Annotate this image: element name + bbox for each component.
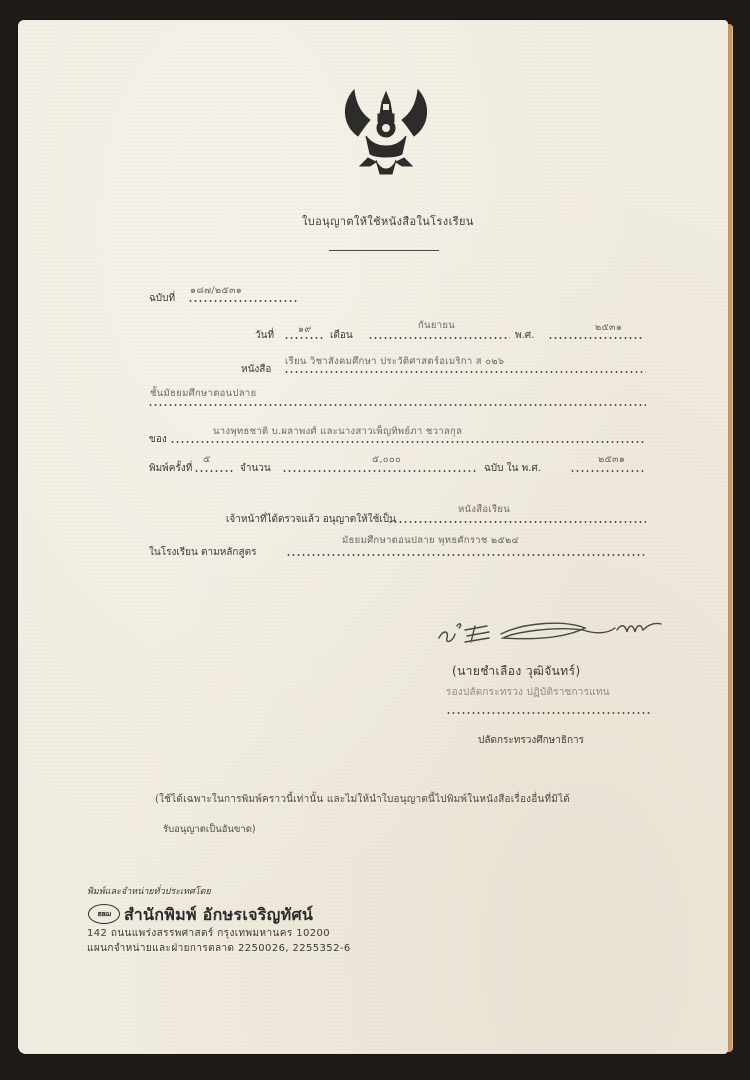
quantity-label: จำนวน <box>240 461 271 476</box>
publisher-logo-icon: ฮฮฌ <box>88 904 120 924</box>
signature-icon <box>435 612 685 652</box>
edition-label: พิมพ์ครั้งที่ <box>149 461 192 476</box>
signer-acting-title: รองปลัดกระทรวง ปฏิบัติราชการแทน <box>446 685 610 700</box>
date-day-label: วันที่ <box>255 328 274 343</box>
book-value-line2: ชั้นมัธยมศึกษาตอนปลาย <box>150 386 256 401</box>
publisher-logo-text: ฮฮฌ <box>97 909 110 920</box>
curriculum-dotted-line <box>286 554 646 556</box>
quantity-value: ๕,๐๐๐ <box>372 452 401 467</box>
approval-dotted-line <box>388 521 646 523</box>
book-dotted-line-1 <box>284 371 646 373</box>
approval-label: เจ้าหน้าที่ได้ตรวจแล้ว อนุญาตให้ใช้เป็น <box>226 512 396 527</box>
owner-label: ของ <box>149 432 167 447</box>
number-label: ฉบับที่ <box>149 291 175 306</box>
date-year-value: ๒๕๓๑ <box>595 320 622 335</box>
printing-year-dotted-line <box>570 470 646 472</box>
signer-name: (นายชำเลือง วุฒิจันทร์) <box>452 662 581 681</box>
official-title: ปลัดกระทรวงศึกษาธิการ <box>478 733 584 748</box>
date-day-dotted-line <box>284 337 324 339</box>
garuda-emblem-icon <box>336 84 436 184</box>
number-dotted-line <box>188 300 298 302</box>
usage-note-line2: รับอนุญาตเป็นอันขาด) <box>163 822 256 837</box>
curriculum-label: ในโรงเรียน ตามหลักสูตร <box>149 545 256 560</box>
book-value-line1: เรียน วิชาสังคมศึกษา ประวัติศาสตร์อเมริก… <box>285 354 504 369</box>
owner-value: นางพุทธชาติ บ.ผลาพงศ์ และนางสาวเพ็ญทิพย์… <box>213 424 462 439</box>
date-month-value: กันยายน <box>418 318 455 333</box>
date-month-label: เดือน <box>330 328 353 343</box>
publisher-name: สำนักพิมพ์ อักษรเจริญทัศน์ <box>124 903 313 928</box>
date-year-label: พ.ศ. <box>515 328 534 343</box>
copies-label: ฉบับ ใน พ.ศ. <box>484 461 541 476</box>
date-month-dotted-line <box>368 337 510 339</box>
printing-year-value: ๒๕๓๑ <box>598 452 625 467</box>
publisher-address: 142 ถนนแพร่งสรรพศาสตร์ กรุงเทพมหานคร 102… <box>87 926 330 941</box>
owner-dotted-line <box>170 441 646 443</box>
edition-value: ๕ <box>203 452 211 467</box>
book-label: หนังสือ <box>241 362 271 377</box>
quantity-dotted-line <box>282 470 478 472</box>
date-year-dotted-line <box>548 337 644 339</box>
date-day-value: ๑๙ <box>298 322 312 337</box>
book-dotted-line-2 <box>148 404 646 406</box>
edition-dotted-line <box>194 470 234 472</box>
number-value: ๑๘๗/๒๕๓๑ <box>190 283 242 298</box>
document-title: ใบอนุญาตให้ใช้หนังสือในโรงเรียน <box>302 212 474 230</box>
usage-note-line1: (ใช้ได้เฉพาะในการพิมพ์คราวนี้เท่านั้น แล… <box>155 792 570 807</box>
title-underline <box>329 250 439 251</box>
approval-value: หนังสือเรียน <box>458 502 510 517</box>
publisher-phone: แผนกจำหน่ายและฝ่ายการตลาด 2250026, 22553… <box>87 941 351 956</box>
signer-dotted-line <box>446 712 652 714</box>
publisher-intro: พิมพ์และจำหน่ายทั่วประเทศโดย <box>87 884 211 898</box>
curriculum-value: มัธยมศึกษาตอนปลาย พุทธศักราช ๒๕๒๔ <box>342 533 519 548</box>
